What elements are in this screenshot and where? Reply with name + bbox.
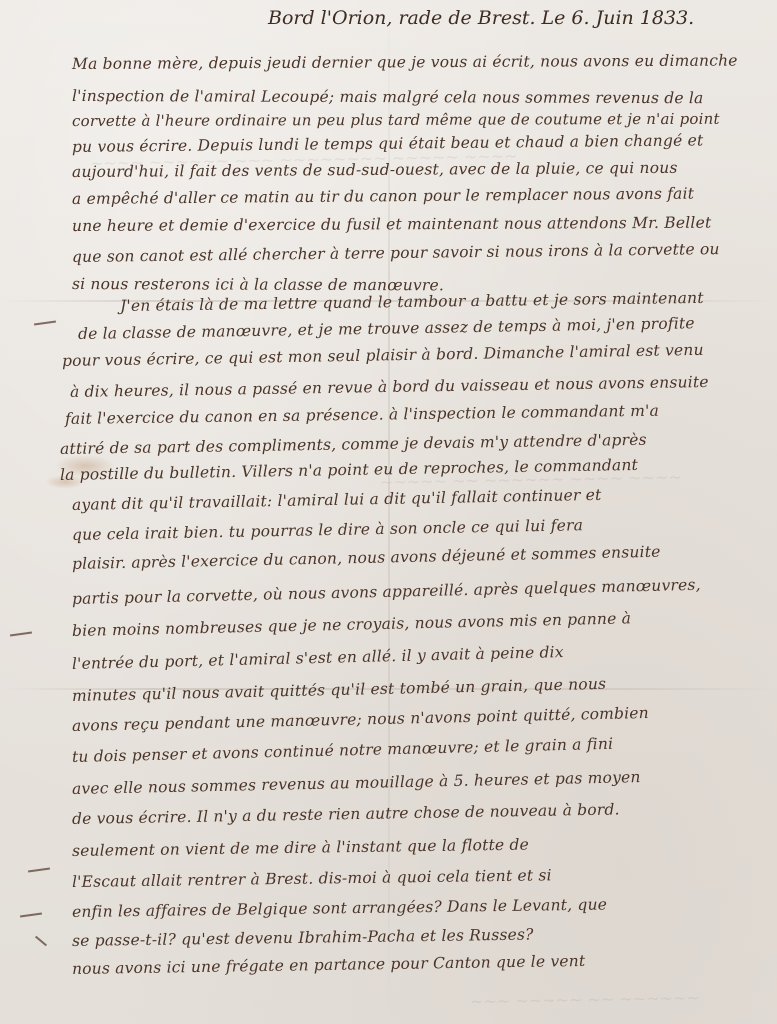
- margin-dash: [10, 631, 32, 636]
- letter-line: se passe-t-il? qu'est devenu Ibrahim-Pac…: [72, 926, 534, 950]
- letter-line: que son canot est allé chercher à terre …: [72, 240, 720, 266]
- letter-line: partis pour la corvette, où nous avons a…: [72, 576, 701, 608]
- letter-line: pu vous écrire. Depuis lundi le temps qu…: [72, 131, 704, 156]
- letter-line: de vous écrire. Il n'y a du reste rien a…: [72, 800, 620, 828]
- letter-line: attiré de sa part des compliments, comme…: [60, 431, 647, 458]
- margin-dash: [34, 320, 56, 325]
- bleed-through: ~~~ ~~~~~ ~~ ~~~~~~: [470, 988, 700, 1011]
- letter-page: ~~~~ ~~~~~~ ~~~ ~~~~~~~~ ~~~~~ ~~~~ ~~~~…: [0, 0, 777, 1024]
- letter-line: l'entrée du port, et l'amiral s'est en a…: [72, 643, 564, 673]
- letter-line: avec elle nous sommes revenus au mouilla…: [72, 768, 641, 798]
- letter-line: aujourd'hui, il fait des vents de sud-su…: [72, 159, 678, 181]
- letter-line: Ma bonne mère, depuis jeudi dernier que …: [72, 52, 738, 73]
- letter-line: avons reçu pendant une manœuvre; nous n'…: [72, 704, 649, 735]
- letter-line: corvette à l'heure ordinaire un peu plus…: [72, 110, 720, 130]
- letter-line: enfin les affaires de Belgique sont arra…: [72, 896, 607, 921]
- letter-line: une heure et demie d'exercice du fusil e…: [72, 214, 711, 235]
- letter-line: que cela irait bien. tu pourras le dire …: [72, 516, 583, 544]
- margin-dash: [20, 912, 42, 917]
- margin-dash: [28, 867, 50, 872]
- margin-cross: [35, 936, 47, 947]
- letter-line: tu dois penser et avons continué notre m…: [72, 735, 614, 766]
- letter-line: l'Escaut allait rentrer à Brest. dis-moi…: [72, 866, 552, 891]
- letter-line: de la classe de manœuvre, et je me trouv…: [78, 314, 695, 343]
- letter-line: nous avons ici une frégate en partance p…: [72, 952, 586, 978]
- letter-line: bien moins nombreuses que je ne croyais,…: [72, 609, 631, 640]
- letter-line: pour vous écrire, ce qui est mon seul pl…: [62, 341, 704, 370]
- letter-line: si nous resterons ici à la classe de man…: [72, 275, 444, 294]
- letter-line: seulement on vient de me dire à l'instan…: [72, 836, 529, 860]
- letter-line: ayant dit qu'il travaillait: l'amiral lu…: [72, 486, 602, 514]
- letter-line: minutes qu'il nous avait quittés qu'il e…: [72, 675, 607, 705]
- letter-header: Bord l'Orion, rade de Brest. Le 6. Juin …: [268, 7, 694, 29]
- letter-line: a empêché d'aller ce matin au tir du can…: [72, 185, 694, 208]
- letter-line: fait l'exercice du canon en sa présence.…: [65, 402, 659, 428]
- letter-line: plaisir. après l'exercice du canon, nous…: [72, 543, 661, 573]
- letter-line: l'inspection de l'amiral Lecoupé; mais m…: [72, 87, 704, 107]
